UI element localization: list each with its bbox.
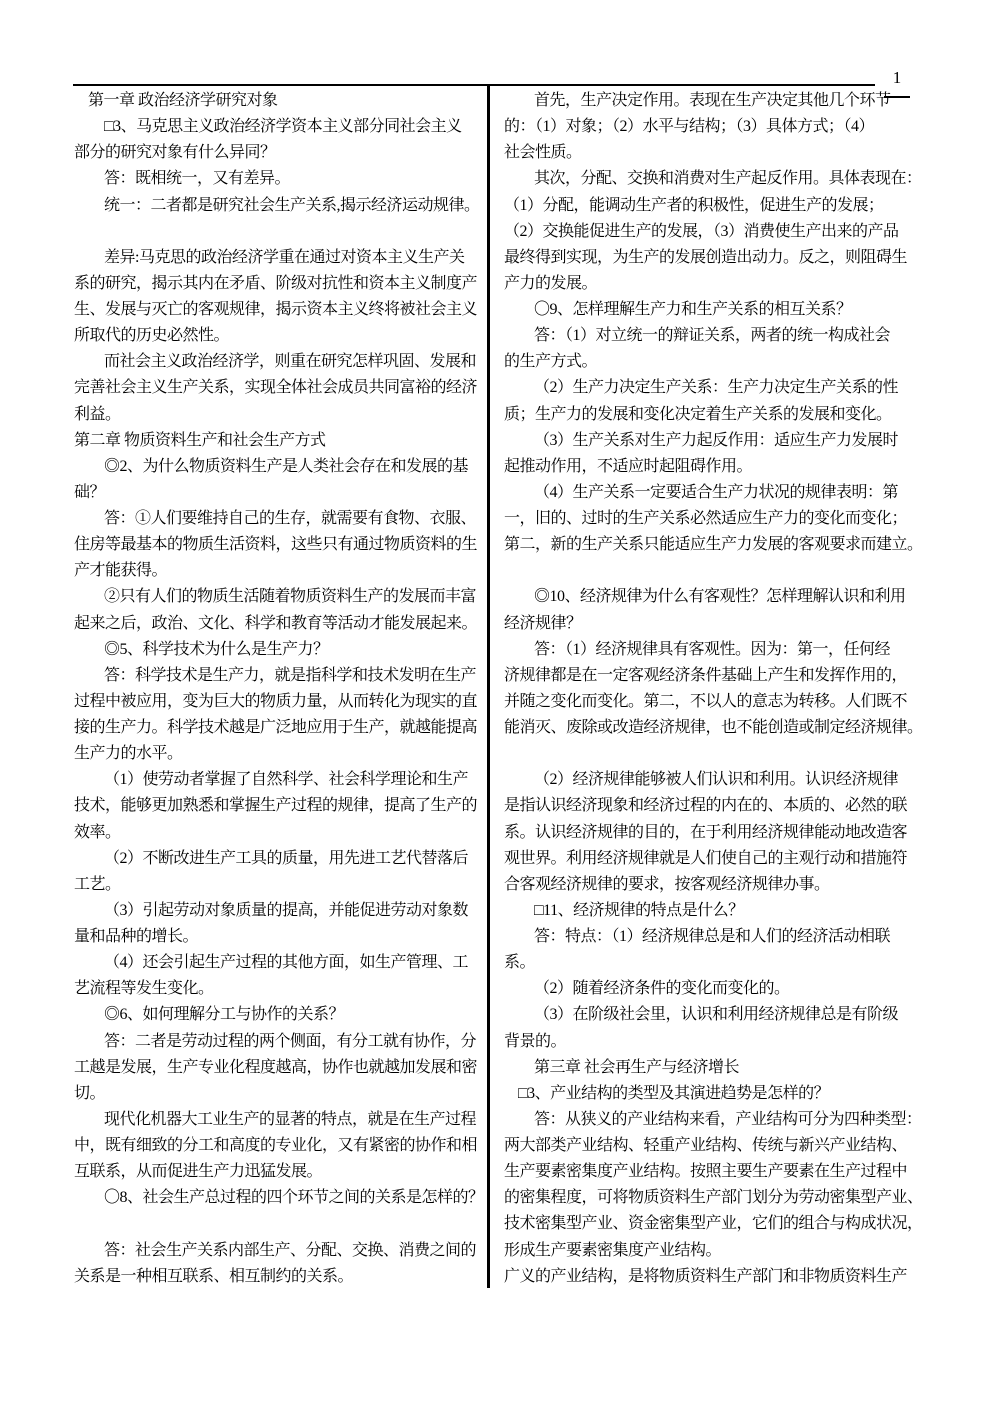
text-line: 济规律都是在一定客观经济条件基础上产生和发挥作用的， — [504, 663, 976, 689]
text-line: ◎5、科学技术为什么是生产力？ — [74, 637, 480, 663]
column-divider — [487, 85, 490, 1288]
text-line: 是指认识经济现象和经济过程的内在的、本质的、必然的联 — [504, 793, 976, 819]
text-line: 统一：二者都是研究社会生产关系,揭示经济运动规律。 — [74, 193, 480, 219]
text-line: 答：（1）经济规律具有客观性。因为：第一，任何经 — [504, 637, 976, 663]
text-line: 切。 — [74, 1081, 480, 1107]
header-rule — [73, 84, 875, 86]
text-line: 起推动作用，不适应时起阻碍作用。 — [504, 454, 976, 480]
text-line: 现代化机器大工业生产的显著的特点，就是在生产过程 — [74, 1107, 480, 1133]
text-line: 生、发展与灭亡的客观规律，揭示资本主义终将被社会主义 — [74, 297, 480, 323]
text-line: （2）经济规律能够被人们认识和利用。认识经济规律 — [504, 767, 976, 793]
text-line: 的密集程度，可将物质资料生产部门划分为劳动密集型产业、 — [504, 1185, 976, 1211]
text-line: （4）生产关系一定要适合生产力状况的规律表明：第 — [504, 480, 976, 506]
text-line: □11、经济规律的特点是什么？ — [504, 898, 976, 924]
blank-line — [504, 558, 976, 584]
text-line: （2）交换能促进生产的发展，（3）消费使生产出来的产品 — [504, 219, 976, 245]
text-line: 艺流程等发生变化。 — [74, 976, 480, 1002]
text-line: 答：特点：（1）经济规律总是和人们的经济活动相联 — [504, 924, 976, 950]
text-line: （3）在阶级社会里，认识和利用经济规律总是有阶级 — [504, 1002, 976, 1028]
text-line: 第二章 物质资料生产和社会生产方式 — [74, 428, 480, 454]
text-line: 第一章 政治经济学研究对象 — [74, 88, 480, 114]
text-line: 中，既有细致的分工和高度的专业化，又有紧密的协作和相 — [74, 1133, 480, 1159]
text-line: 接的生产力。科学技术越是广泛地应用于生产，就越能提高 — [74, 715, 480, 741]
text-line: 础？ — [74, 480, 480, 506]
text-line: 答：从狭义的产业结构来看，产业结构可分为四种类型： — [504, 1107, 976, 1133]
text-line: 工越是发展，生产专业化程度越高，协作也就越加发展和密 — [74, 1055, 480, 1081]
text-line: 首先，生产决定作用。表现在生产决定其他几个环节 — [504, 88, 976, 114]
text-line: 答：①人们要维持自己的生存，就需要有食物、衣服、 — [74, 506, 480, 532]
text-line: 并随之变化而变化。第二，不以人的意志为转移。人们既不 — [504, 689, 976, 715]
text-line: 答：二者是劳动过程的两个侧面，有分工就有协作，分 — [74, 1029, 480, 1055]
text-line: 〇9、怎样理解生产力和生产关系的相互关系？ — [504, 297, 976, 323]
text-line: 系的研究，揭示其内在矛盾、阶级对抗性和资本主义制度产 — [74, 271, 480, 297]
text-line: 互联系，从而促进生产力迅猛发展。 — [74, 1159, 480, 1185]
text-line: （3）引起劳动对象质量的提高，并能促进劳动对象数 — [74, 898, 480, 924]
text-line: 生产要素密集度产业结构。按照主要生产要素在生产过程中 — [504, 1159, 976, 1185]
text-line: 广义的产业结构，是将物质资料生产部门和非物质资料生产 — [504, 1264, 976, 1290]
text-line: 所取代的历史必然性。 — [74, 323, 480, 349]
text-line: ◎2、为什么物质资料生产是人类社会存在和发展的基 — [74, 454, 480, 480]
text-line: 第二，新的生产关系只能适应生产力发展的客观要求而建立。 — [504, 532, 976, 558]
text-line: 工艺。 — [74, 872, 480, 898]
text-line: 答：既相统一，又有差异。 — [74, 166, 480, 192]
text-line: 效率。 — [74, 820, 480, 846]
text-line: （1）使劳动者掌握了自然科学、社会科学理论和生产 — [74, 767, 480, 793]
text-line: 过程中被应用，变为巨大的物质力量，从而转化为现实的直 — [74, 689, 480, 715]
blank-line — [74, 219, 480, 245]
text-line: 系。 — [504, 950, 976, 976]
text-line: 的生产方式。 — [504, 349, 976, 375]
text-line: 最终得到实现，为生产的发展创造出动力。反之，则阻碍生 — [504, 245, 976, 271]
text-line: 差异:马克思的政治经济学重在通过对资本主义生产关 — [74, 245, 480, 271]
text-line: （1）分配，能调动生产者的积极性，促进生产的发展； — [504, 193, 976, 219]
text-line: 两大部类产业结构、轻重产业结构、传统与新兴产业结构、 — [504, 1133, 976, 1159]
text-line: （2）生产力决定生产关系：生产力决定生产关系的性 — [504, 375, 976, 401]
text-line: 的：（1）对象；（2）水平与结构；（3）具体方式；（4） — [504, 114, 976, 140]
text-line: 社会性质。 — [504, 140, 976, 166]
blank-line — [74, 1211, 480, 1237]
text-line: 产力的发展。 — [504, 271, 976, 297]
text-line: 答：科学技术是生产力，就是指科学和技术发明在生产 — [74, 663, 480, 689]
text-line: 产才能获得。 — [74, 558, 480, 584]
text-line: 质；生产力的发展和变化决定着生产关系的发展和变化。 — [504, 402, 976, 428]
text-line: 答：（1）对立统一的辩证关系，两者的统一构成社会 — [504, 323, 976, 349]
text-line: 而社会主义政治经济学，则重在研究怎样巩固、发展和 — [74, 349, 480, 375]
text-line: （3）生产关系对生产力起反作用：适应生产力发展时 — [504, 428, 976, 454]
text-line: （4）还会引起生产过程的其他方面，如生产管理、工 — [74, 950, 480, 976]
text-line: 技术，能够更加熟悉和掌握生产过程的规律，提高了生产的 — [74, 793, 480, 819]
text-line: 技术密集型产业、资金密集型产业，它们的组合与构成状况， — [504, 1211, 976, 1237]
blank-line — [504, 741, 976, 767]
document-page: 1 第一章 政治经济学研究对象□3、马克思主义政治经济学资本主义部分同社会主义部… — [0, 0, 993, 1404]
text-line: □3、产业结构的类型及其演进趋势是怎样的？ — [504, 1081, 976, 1107]
text-line: 起来之后，政治、文化、科学和教育等活动才能发展起来。 — [74, 611, 480, 637]
text-line: 量和品种的增长。 — [74, 924, 480, 950]
text-line: ◎10、经济规律为什么有客观性？怎样理解认识和利用 — [504, 584, 976, 610]
column-left: 第一章 政治经济学研究对象□3、马克思主义政治经济学资本主义部分同社会主义部分的… — [74, 88, 480, 1290]
text-line: 〇8、社会生产总过程的四个环节之间的关系是怎样的？ — [74, 1185, 480, 1211]
text-line: （2）随着经济条件的变化而变化的。 — [504, 976, 976, 1002]
text-line: 一，旧的、过时的生产关系必然适应生产力的变化而变化； — [504, 506, 976, 532]
text-line: ◎6、如何理解分工与协作的关系？ — [74, 1002, 480, 1028]
text-line: 背景的。 — [504, 1029, 976, 1055]
text-line: 经济规律？ — [504, 611, 976, 637]
text-line: 利益。 — [74, 402, 480, 428]
text-line: （2）不断改进生产工具的质量，用先进工艺代替落后 — [74, 846, 480, 872]
text-line: 观世界。利用经济规律就是人们使自己的主观行动和措施符 — [504, 846, 976, 872]
text-line: 生产力的水平。 — [74, 741, 480, 767]
text-line: 合客观经济规律的要求，按客观经济规律办事。 — [504, 872, 976, 898]
text-line: 答：社会生产关系内部生产、分配、交换、消费之间的 — [74, 1238, 480, 1264]
text-line: 形成生产要素密集度产业结构。 — [504, 1238, 976, 1264]
text-line: 系。认识经济规律的目的，在于利用经济规律能动地改造客 — [504, 820, 976, 846]
text-line: 部分的研究对象有什么异同？ — [74, 140, 480, 166]
text-line: □3、马克思主义政治经济学资本主义部分同社会主义 — [74, 114, 480, 140]
text-line: 其次，分配、交换和消费对生产起反作用。具体表现在： — [504, 166, 976, 192]
text-line: 关系是一种相互联系、相互制约的关系。 — [74, 1264, 480, 1290]
text-line: 第三章 社会再生产与经济增长 — [504, 1055, 976, 1081]
text-line: ②只有人们的物质生活随着物质资料生产的发展而丰富 — [74, 584, 480, 610]
text-line: 完善社会主义生产关系，实现全体社会成员共同富裕的经济 — [74, 375, 480, 401]
text-line: 住房等最基本的物质生活资料，这些只有通过物质资料的生 — [74, 532, 480, 558]
text-line: 能消灭、废除或改造经济规律，也不能创造或制定经济规律。 — [504, 715, 976, 741]
column-right: 首先，生产决定作用。表现在生产决定其他几个环节的：（1）对象；（2）水平与结构；… — [504, 88, 976, 1290]
